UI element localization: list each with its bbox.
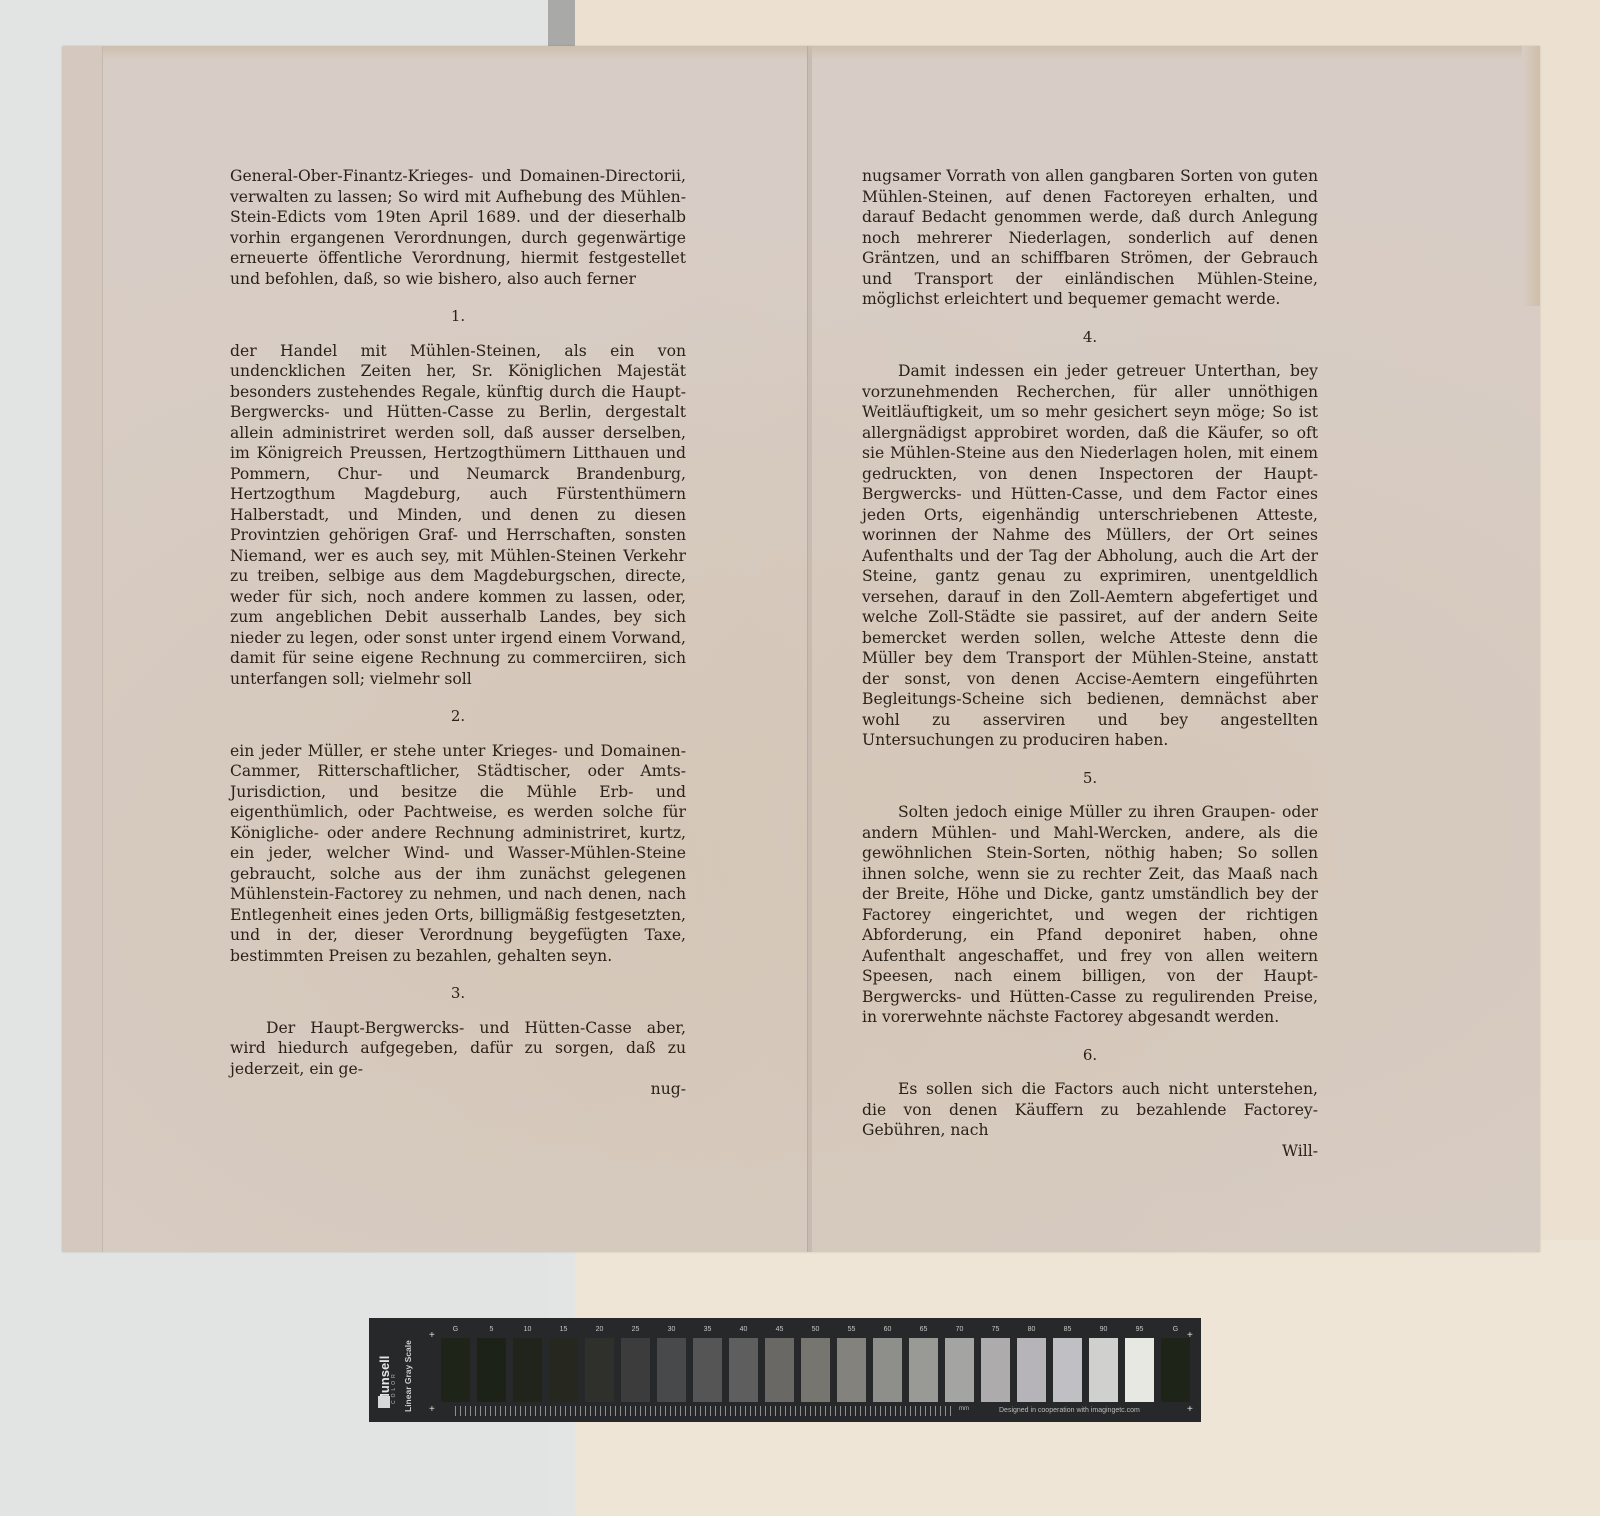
patch-label: 35 [704, 1322, 712, 1338]
patch-swatch [1053, 1338, 1082, 1402]
left-page: General-Ober-Finantz-Krieges- und Domain… [230, 166, 686, 1100]
patch-label: 90 [1100, 1322, 1108, 1338]
gray-patch: 65 [909, 1322, 938, 1402]
left-catchword: nug- [230, 1079, 686, 1100]
patch-label: 15 [560, 1322, 568, 1338]
patch-swatch [1125, 1338, 1154, 1402]
patch-swatch [441, 1338, 470, 1402]
patch-label: 55 [848, 1322, 856, 1338]
section-4-text: Damit indessen ein jeder getreuer Untert… [862, 361, 1318, 751]
patch-label: 45 [776, 1322, 784, 1338]
patch-swatch [729, 1338, 758, 1402]
patch-swatch [585, 1338, 614, 1402]
scale-branding: Munsell COLOR Linear Gray Scale [375, 1332, 423, 1412]
patch-label: 75 [992, 1322, 1000, 1338]
section-number-1: 1. [230, 306, 686, 327]
left-margin-strip [62, 46, 103, 1252]
scale-title: Linear Gray Scale [403, 1340, 413, 1412]
patch-label: 95 [1136, 1322, 1144, 1338]
patch-swatch [477, 1338, 506, 1402]
gray-patch: 90 [1089, 1322, 1118, 1402]
patch-label: 85 [1064, 1322, 1072, 1338]
gray-patch: 60 [873, 1322, 902, 1402]
registration-mark-icon: + [429, 1330, 435, 1341]
patch-swatch [801, 1338, 830, 1402]
gray-patch: 70 [945, 1322, 974, 1402]
registration-mark-icon: + [429, 1404, 435, 1415]
left-intro: General-Ober-Finantz-Krieges- und Domain… [230, 166, 686, 289]
patch-label: 30 [668, 1322, 676, 1338]
scale-credit: Designed in cooperation with imagingetc.… [999, 1407, 1140, 1414]
patch-swatch [513, 1338, 542, 1402]
patch-swatch [657, 1338, 686, 1402]
patch-swatch [549, 1338, 578, 1402]
gray-patch: 85 [1053, 1322, 1082, 1402]
patch-label: G [1173, 1322, 1178, 1338]
patch-label: 80 [1028, 1322, 1036, 1338]
gray-patch: 50 [801, 1322, 830, 1402]
patch-label: G [453, 1322, 458, 1338]
right-catchword: Will- [862, 1141, 1318, 1162]
gray-patches: G5101520253035404550556065707580859095G [441, 1322, 1190, 1402]
patch-label: 65 [920, 1322, 928, 1338]
ruler-unit: mm [959, 1406, 969, 1412]
patch-swatch [1161, 1338, 1190, 1402]
patch-label: 10 [524, 1322, 532, 1338]
gray-patch: 10 [513, 1322, 542, 1402]
section-number-2: 2. [230, 706, 686, 727]
patch-label: 40 [740, 1322, 748, 1338]
gray-patch: G [441, 1322, 470, 1402]
binding-gutter [807, 46, 812, 1252]
gray-patch: 15 [549, 1322, 578, 1402]
section-number-3: 3. [230, 983, 686, 1004]
gray-patch: 55 [837, 1322, 866, 1402]
gray-patch: 5 [477, 1322, 506, 1402]
top-edge [62, 46, 1540, 60]
patch-swatch [621, 1338, 650, 1402]
patch-label: 5 [490, 1322, 494, 1338]
patch-swatch [1017, 1338, 1046, 1402]
patch-label: 25 [632, 1322, 640, 1338]
section-number-5: 5. [862, 768, 1318, 789]
patch-swatch [909, 1338, 938, 1402]
brand-sub: COLOR [391, 1371, 397, 1404]
section-number-4: 4. [862, 327, 1318, 348]
section-number-6: 6. [862, 1045, 1318, 1066]
patch-label: 60 [884, 1322, 892, 1338]
gray-patch: 30 [657, 1322, 686, 1402]
patch-swatch [945, 1338, 974, 1402]
patch-swatch [765, 1338, 794, 1402]
gray-patch: 25 [621, 1322, 650, 1402]
gray-patch: 75 [981, 1322, 1010, 1402]
munsell-logo-icon [378, 1396, 390, 1408]
gray-patch: 40 [729, 1322, 758, 1402]
patch-swatch [873, 1338, 902, 1402]
patch-swatch [837, 1338, 866, 1402]
gray-scale-target: Munsell COLOR Linear Gray Scale + + + + … [369, 1318, 1201, 1422]
right-edge [1522, 46, 1540, 306]
patch-label: 50 [812, 1322, 820, 1338]
gray-patch: 45 [765, 1322, 794, 1402]
patch-label: 20 [596, 1322, 604, 1338]
registration-mark-icon: + [1187, 1404, 1193, 1415]
mm-ruler [455, 1406, 955, 1416]
section-6-text: Es sollen sich die Factors auch nicht un… [862, 1079, 1318, 1141]
right-page: nugsamer Vorrath von allen gangbaren Sor… [862, 166, 1318, 1161]
patch-swatch [981, 1338, 1010, 1402]
section-3-text: Der Haupt-Bergwercks- und Hütten-Casse a… [230, 1018, 686, 1080]
gray-patch: 20 [585, 1322, 614, 1402]
section-2-text: ein jeder Müller, er stehe unter Krieges… [230, 741, 686, 967]
gray-patch: G [1161, 1322, 1190, 1402]
patch-swatch [693, 1338, 722, 1402]
right-intro: nugsamer Vorrath von allen gangbaren Sor… [862, 166, 1318, 310]
section-5-text: Solten jedoch einige Müller zu ihren Gra… [862, 802, 1318, 1028]
section-1-text: der Handel mit Mühlen-Steinen, als ein v… [230, 341, 686, 690]
gray-patch: 95 [1125, 1322, 1154, 1402]
gray-patch: 35 [693, 1322, 722, 1402]
gray-patch: 80 [1017, 1322, 1046, 1402]
patch-label: 70 [956, 1322, 964, 1338]
patch-swatch [1089, 1338, 1118, 1402]
